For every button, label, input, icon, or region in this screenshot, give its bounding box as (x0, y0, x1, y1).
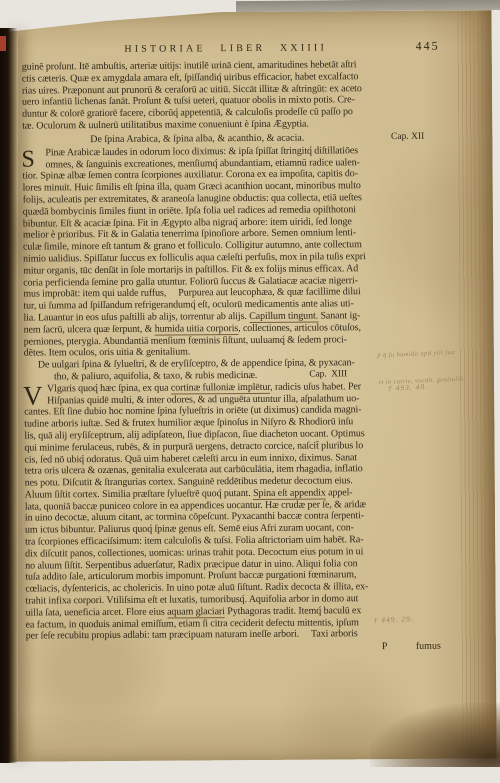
text-segment: Aluum ſiſtit cortex. Similia præſtare ſy… (25, 488, 253, 501)
handwritten-note-line1: p̄ q̄ ſu humida opō ytit ſua (377, 346, 497, 360)
hand-underline: Spina eſt appendix (253, 487, 326, 500)
binding-shadow (0, 28, 18, 763)
dropcap-v: V (23, 383, 43, 407)
chapter12-title: De ſpina Arabica, & ſpina alba, & acanth… (22, 131, 346, 146)
text-segment: Pythagoras tradit. Itemq́ baculū ex (225, 605, 362, 617)
chapter12-lines: Pinæ Arabicæ laudes in odorum loco dixim… (22, 144, 443, 359)
red-edge-mark (0, 36, 6, 51)
chapter12-cap-label: Cap. XII (346, 130, 442, 144)
hand-underline: aquam glaciari (167, 606, 225, 618)
paragraph-chapter12: S Pinæ Arabicæ laudes in odorum loco dix… (22, 144, 443, 359)
text-segment: Vlgaris quoq́ hæc ſpina, ex qua (47, 382, 171, 394)
text-segment: tæ. Oculorum & uulnerū utilitatibus maxi… (22, 119, 309, 132)
signature-line: P fumus (26, 641, 446, 657)
page-number: 445 (416, 39, 442, 54)
catchword: fumus (416, 641, 441, 652)
paragraph-intro: guinē proſunt. Itē ambuſtis, arteriæ uit… (22, 59, 442, 133)
hand-underline: cortinæ fulloniæ implētur (171, 382, 270, 395)
paragraph-chapter13: V Vlgaris quoq́ hæc ſpina, ex qua cortin… (24, 380, 446, 642)
running-title: HISTORIAE LIBER XXIIII (22, 42, 416, 56)
handwritten-ref-top: † 493. 40. (388, 382, 428, 393)
book-page: HISTORIAE LIBER XXIIII 445 guinē proſunt… (0, 10, 497, 761)
text-segment: appel- (326, 487, 353, 498)
hand-underline: Capillum tingunt. (249, 310, 318, 322)
text-segment: uilla ſata, ueneficia arcet. Flore eius (26, 606, 168, 618)
chapter13-lines: Vlgaris quoq́ hæc ſpina, ex qua cortinæ … (24, 380, 446, 642)
text-segment: , collectiones, articulos cōtuſos, (238, 322, 361, 334)
handwritten-ref-bottom: † 449. 29. (373, 614, 413, 625)
text-segment: per ſeſe recubitu propius adlabi: tam pr… (26, 629, 358, 642)
text-segment: perniones, pterygia. Abundantiā menſium … (24, 334, 347, 347)
handwritten-margin-note: p̄ q̄ ſu humida opō ytit ſua rt in cutri… (376, 328, 499, 405)
dropcap-s: S (21, 148, 35, 170)
signature-mark: P (382, 641, 388, 652)
hand-underline: humida uitia corporis (155, 323, 239, 336)
page-header: HISTORIAE LIBER XXIIII 445 (22, 39, 442, 58)
photo-background: HISTORIAE LIBER XXIIII 445 guinē proſunt… (0, 0, 500, 783)
chapter13-cap-label: Cap. XIII (309, 369, 347, 381)
text-segment: Sanant ig- (318, 310, 360, 321)
text-segment: , radicis uſus habet. Per (270, 381, 361, 393)
text-segment: nem ſacrū, ulcera quæ ſerpunt, & (24, 323, 155, 335)
text-segment: dētes. Item oculos, oris uitia & genital… (24, 347, 190, 359)
text-segment: lia. Lauantur in eos uſus paſtilli ab al… (23, 311, 249, 324)
